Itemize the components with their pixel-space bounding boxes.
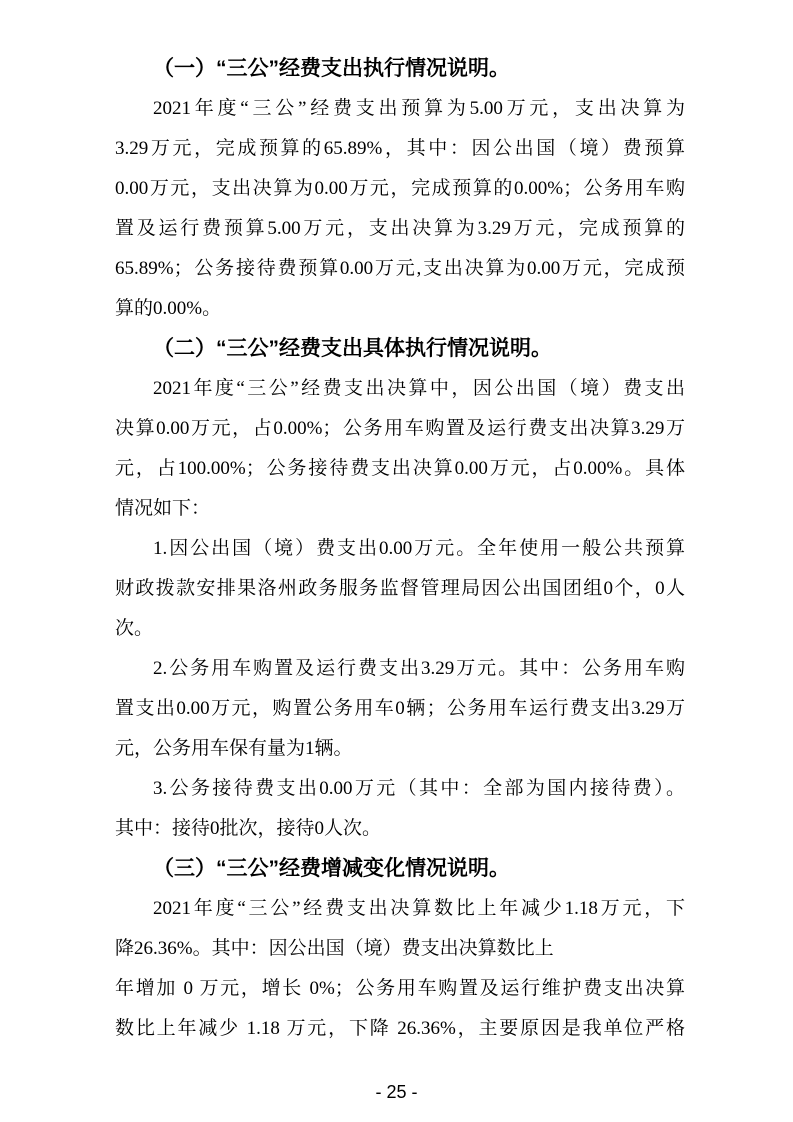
- text-line: 1.因公出国（境）费支出0.00万元。全年使用一般公共预算: [115, 529, 685, 569]
- page-number: - 25 -: [375, 1082, 417, 1102]
- text-line: 其中：接待0批次，接待0人次。: [115, 809, 685, 849]
- paragraph: 2021年度“三公”经费支出预算为5.00万元，支出决算为3.29万元，完成预算…: [115, 89, 685, 329]
- text-line: 数比上年减少 1.18 万元，下降 26.36%，主要原因是我单位严格: [115, 1009, 685, 1049]
- text-line: 2021年度“三公”经费支出决算中，因公出国（境）费支出: [115, 369, 685, 409]
- text-line: 2021年度“三公”经费支出预算为5.00万元，支出决算为: [115, 89, 685, 129]
- document-page: （一）“三公”经费支出执行情况说明。2021年度“三公”经费支出预算为5.00万…: [0, 0, 793, 1122]
- text-line: 3.29万元，完成预算的65.89%，其中：因公出国（境）费预算: [115, 129, 685, 169]
- text-line: 财政拨款安排果洛州政务服务监督管理局因公出国团组0个，0人: [115, 569, 685, 609]
- page-footer: - 25 -: [0, 1080, 793, 1104]
- text-line: 元，公务用车保有量为1辆。: [115, 729, 685, 769]
- text-line: 情况如下：: [115, 489, 685, 529]
- section-heading: （二）“三公”经费支出具体执行情况说明。: [115, 329, 685, 369]
- text-line: 算的0.00%。: [115, 289, 685, 329]
- text-line: 次。: [115, 609, 685, 649]
- text-line: 65.89%；公务接待费预算0.00万元,支出决算为0.00万元，完成预: [115, 249, 685, 289]
- text-line: 决算0.00万元，占0.00%；公务用车购置及运行费支出决算3.29万: [115, 409, 685, 449]
- section-heading: （一）“三公”经费支出执行情况说明。: [115, 49, 685, 89]
- text-line: 2.公务用车购置及运行费支出3.29万元。其中：公务用车购: [115, 649, 685, 689]
- section-heading: （三）“三公”经费增减变化情况说明。: [115, 849, 685, 889]
- paragraph: 1.因公出国（境）费支出0.00万元。全年使用一般公共预算财政拨款安排果洛州政务…: [115, 529, 685, 649]
- text-line: 年增加 0 万元，增长 0%；公务用车购置及运行维护费支出决算: [115, 969, 685, 1009]
- document-content: （一）“三公”经费支出执行情况说明。2021年度“三公”经费支出预算为5.00万…: [115, 49, 685, 1049]
- text-line: 0.00万元，支出决算为0.00万元，完成预算的0.00%；公务用车购: [115, 169, 685, 209]
- paragraph: 3.公务接待费支出0.00万元（其中：全部为国内接待费）。其中：接待0批次，接待…: [115, 769, 685, 849]
- text-line: 2021年度“三公”经费支出决算数比上年减少1.18万元，下: [115, 889, 685, 929]
- text-line: 3.公务接待费支出0.00万元（其中：全部为国内接待费）。: [115, 769, 685, 809]
- text-line: 置支出0.00万元，购置公务用车0辆；公务用车运行费支出3.29万: [115, 689, 685, 729]
- paragraph: 2021年度“三公”经费支出决算数比上年减少1.18万元，下降26.36%。其中…: [115, 889, 685, 1049]
- paragraph: 2021年度“三公”经费支出决算中，因公出国（境）费支出决算0.00万元，占0.…: [115, 369, 685, 529]
- text-line: 元，占100.00%；公务接待费支出决算0.00万元，占0.00%。具体: [115, 449, 685, 489]
- text-line: 降26.36%。其中：因公出国（境）费支出决算数比上: [115, 929, 685, 969]
- paragraph: 2.公务用车购置及运行费支出3.29万元。其中：公务用车购置支出0.00万元，购…: [115, 649, 685, 769]
- text-line: 置及运行费预算5.00万元，支出决算为3.29万元，完成预算的: [115, 209, 685, 249]
